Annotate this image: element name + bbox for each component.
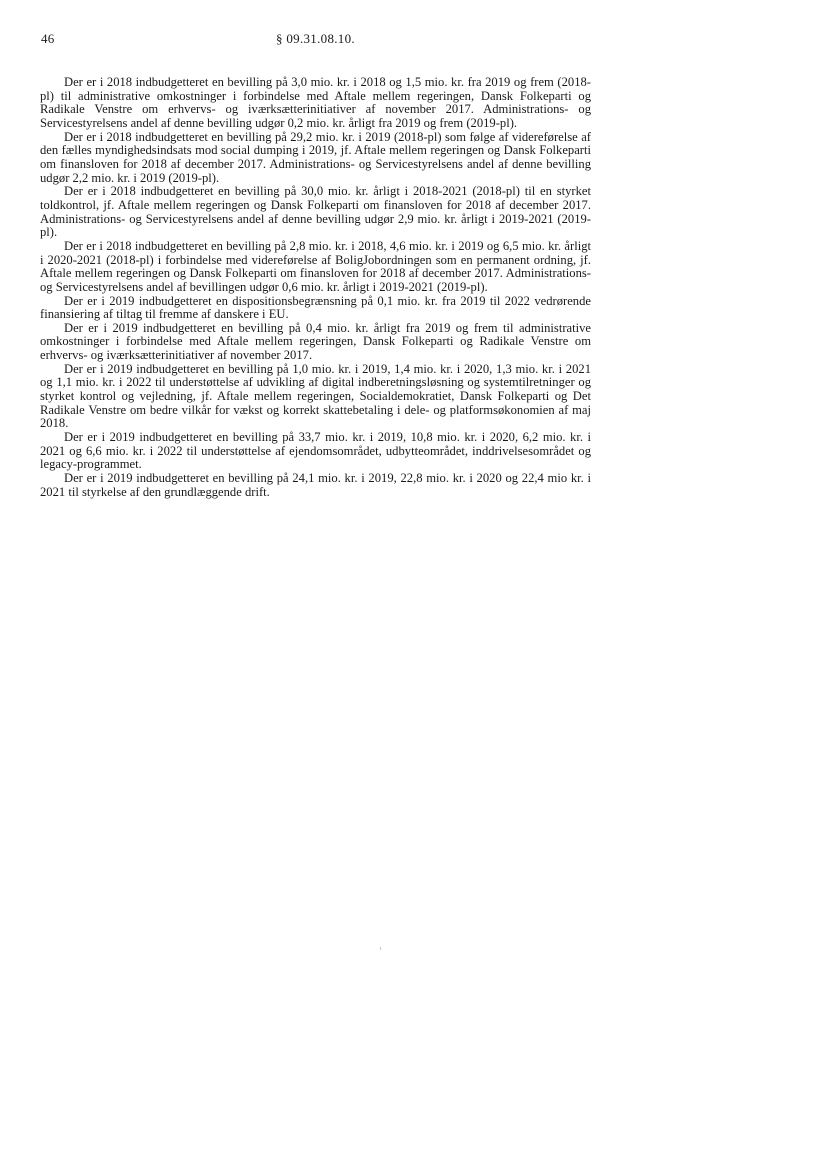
scan-speck <box>380 947 381 950</box>
paragraph: Der er i 2019 indbudgetteret en bevillin… <box>40 322 591 363</box>
page-number: 46 <box>41 31 54 47</box>
paragraph: Der er i 2018 indbudgetteret en bevillin… <box>40 240 591 295</box>
paragraph: Der er i 2019 indbudgetteret en bevillin… <box>40 472 591 499</box>
body-text: Der er i 2018 indbudgetteret en bevillin… <box>40 76 591 499</box>
paragraph: Der er i 2019 indbudgetteret en disposit… <box>40 295 591 322</box>
section-reference: § 09.31.08.10. <box>276 31 355 47</box>
paragraph: Der er i 2019 indbudgetteret en bevillin… <box>40 431 591 472</box>
paragraph: Der er i 2019 indbudgetteret en bevillin… <box>40 363 591 431</box>
paragraph: Der er i 2018 indbudgetteret en bevillin… <box>40 131 591 186</box>
paragraph: Der er i 2018 indbudgetteret en bevillin… <box>40 185 591 240</box>
paragraph: Der er i 2018 indbudgetteret en bevillin… <box>40 76 591 131</box>
